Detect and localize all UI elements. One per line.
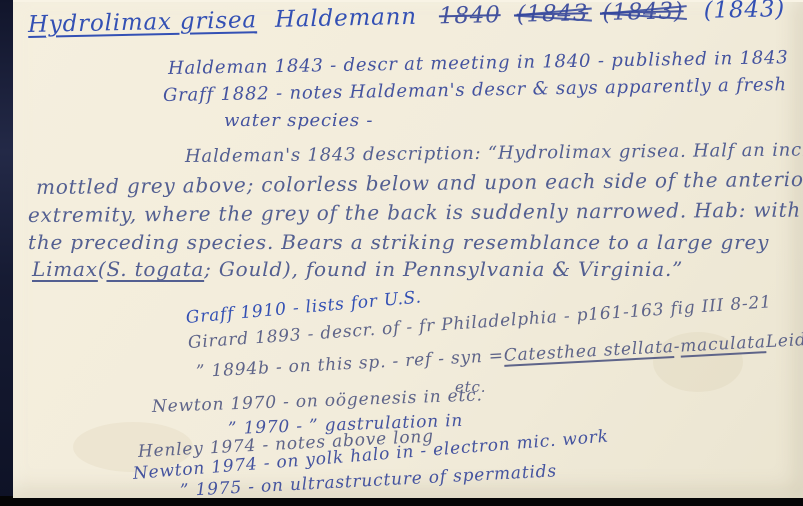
description-line: the preceding species. Bears a striking …	[28, 230, 769, 254]
description-line: Limax (S. togata; Gould), found in Penns…	[32, 257, 683, 281]
note-line: water species -	[224, 110, 373, 131]
struck-date-1843a: (1843	[516, 0, 588, 27]
citation-1894-tail: Leidy	[765, 329, 803, 352]
description-line5-tail: ; Gould), found in Pennsylvania & Virgin…	[204, 257, 683, 281]
scan-left-edge-shadow	[0, 0, 13, 506]
valid-date: (1843)	[703, 0, 785, 24]
limax-genus-name: Limax	[32, 257, 98, 281]
description-intro: Haldeman's 1843 description: “	[185, 143, 498, 167]
quoted-species-name: Hydrolimax grisea	[498, 141, 680, 164]
struck-date-1843b: (1843)	[602, 0, 684, 26]
author-name: Haldemann	[275, 4, 417, 33]
struck-date-1840: 1840	[439, 2, 501, 29]
description-line5-mid: (	[98, 257, 107, 281]
description-line1-tail: . Half an inch long,	[680, 139, 803, 162]
togata-species-name: S. togata	[106, 257, 204, 281]
species-name: Hydrolimax grisea	[28, 7, 257, 38]
